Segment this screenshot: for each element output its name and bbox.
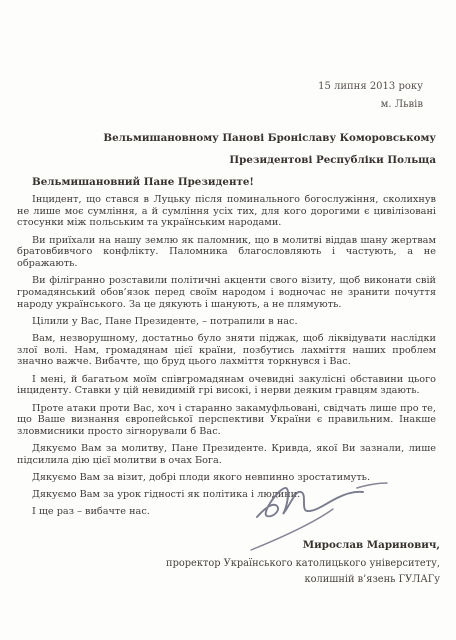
signer-title-2: колишній в’язень ГУЛАГу [166,572,440,588]
date-line: 15 липня 2013 року [318,78,423,96]
paragraph: І мені, й багатьом моїм співгромадянам о… [17,374,436,397]
letter-page: 15 липня 2013 року м. Львів Вельмишановн… [0,0,456,640]
paragraph: Інцидент, що стався в Луцьку після помин… [17,194,436,229]
letter-body: Вельмишановний Пане Президенте! Інцидент… [17,176,436,524]
paragraph: Дякуємо Вам за молитву, Пане Президенте.… [17,443,436,466]
date-block: 15 липня 2013 року м. Львів [318,78,423,114]
signer-title-1: проректор Українського католицького унів… [166,556,440,572]
signature-block: Мирослав Маринович, проректор Українсько… [166,539,440,587]
paragraph: Вам, незворушному, достатньо було зняти … [17,333,436,368]
recipient-block: Вельмишановному Панові Броніславу Коморо… [103,127,436,171]
signer-name: Мирослав Маринович, [166,539,440,551]
paragraph: Ви приїхали на нашу землю як паломник, щ… [17,235,436,270]
paragraph: Проте атаки проти Вас, хоч і старанно за… [17,403,436,438]
place-line: м. Львів [318,96,423,114]
paragraph: Ви філігранно розставили політичні акцен… [17,275,436,310]
salutation: Вельмишановний Пане Президенте! [17,176,436,188]
recipient-line-2: Президентові Республіки Польща [103,149,436,171]
recipient-line-1: Вельмишановному Панові Броніславу Коморо… [103,127,436,149]
paragraph: Цілили у Вас, Пане Президенте, – потрапи… [17,316,436,328]
